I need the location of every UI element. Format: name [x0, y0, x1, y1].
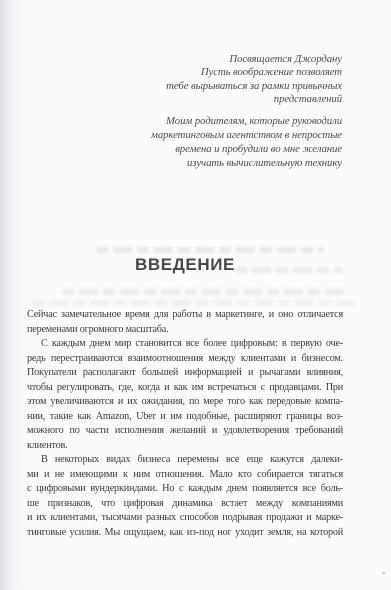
body-line: тинговые усилия. Мы ощущаем, как из-под … — [27, 526, 343, 541]
chapter-title: ВВЕДЕНИЕ — [27, 253, 343, 277]
dust-speck — [382, 572, 385, 574]
dedication-line: представлений — [22, 93, 342, 106]
showthrough-ghost-text — [62, 289, 350, 295]
body-line: ше признаков, что цифровая динамика вста… — [27, 497, 343, 512]
body-text: Сейчас замечательное время для работы в … — [27, 308, 343, 540]
dedication-block-2: Моим родителям, которые руководили марке… — [22, 114, 342, 170]
body-line: чтобы регулировать, где, когда и как им … — [27, 381, 343, 396]
body-line: нии, такие как Amazon, Uber и им подобны… — [27, 410, 343, 425]
body-line: редь перестраиваются взаимоотношения меж… — [27, 352, 343, 367]
body-line: Покупатели располагают большей информаци… — [27, 366, 343, 381]
body-line: переменами огромного масштаба. — [27, 323, 343, 338]
dedication-line: Посвящается Джордану — [22, 53, 342, 66]
dedication-line: тебе вырываться за рамки привычных — [22, 80, 342, 93]
body-line: с цифровыми вундеркиндами. Но с каждым д… — [27, 482, 343, 497]
body-line: клиентов. — [27, 439, 343, 454]
body-line: и их клиентами, тысячами разных способов… — [27, 511, 343, 526]
dedication-block-1: Посвящается Джордану Пусть воображение п… — [22, 53, 342, 106]
book-page: Посвящается Джордану Пусть воображение п… — [0, 0, 391, 590]
body-line: С каждым днем мир становится все более ц… — [27, 337, 343, 352]
body-line: можного по части исполнения желаний и уд… — [27, 424, 343, 439]
showthrough-ghost-text — [32, 300, 358, 306]
body-line: ми и не имеющими к ним отношения. Мало к… — [27, 468, 343, 483]
body-line: этом увеличиваются и их ожидания, по мер… — [27, 395, 343, 410]
dedication-line: маркетинговым агентством в непростые — [22, 128, 342, 142]
body-line: Сейчас замечательное время для работы в … — [27, 308, 343, 323]
body-line: В некоторых видах бизнеса перемены все е… — [27, 453, 343, 468]
dedication-line: Пусть воображение позволяет — [22, 66, 342, 79]
dedication-line: времена и пробудили во мне желание — [22, 142, 342, 156]
dedication-line: изучать вычислительную технику — [22, 156, 342, 170]
dedication-line: Моим родителям, которые руководили — [22, 114, 342, 128]
